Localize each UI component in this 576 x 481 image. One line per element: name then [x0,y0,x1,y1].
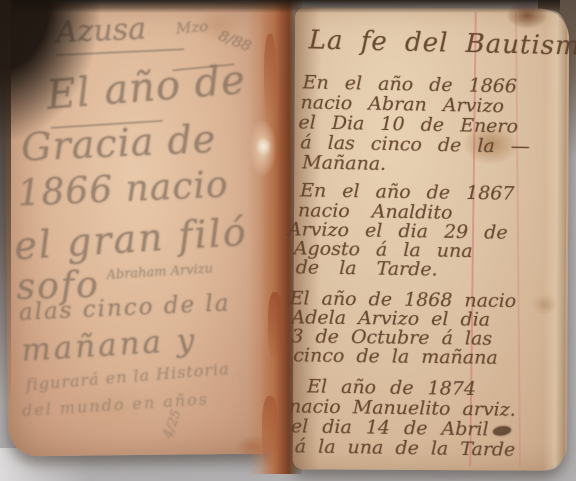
pencil-line-7: mañana y [20,322,198,369]
page-edge-stack [543,9,567,471]
worn-edge-streak [264,34,276,118]
pencil-scribble: 4/25 [161,408,185,441]
right-page: La fe del Bautismo En el año de 1866 nac… [293,7,569,470]
ink-entry4-line4: á la una de la Tarde [295,435,516,460]
ink-entry2-line5: de la Tarde. [296,256,438,280]
pencil-name-note: Abraham Arvizu [106,261,213,283]
corner-shadow [0,0,100,140]
ink-blot [492,425,511,436]
pencil-heading-note: Mzo [175,17,209,38]
pencil-line-4: el gran filó [13,210,249,269]
ink-entry3-line4: cinco de la mañana [293,344,498,368]
worn-edge-streak [262,396,278,466]
page-title: La fe del Bautismo [308,25,576,62]
stain [532,295,558,315]
scanned-notebook-photo: Azusa Mzo 8/88 El año de Gracia de 1866 … [0,0,576,481]
torn-paper-spot [256,138,271,155]
left-edge-shadow [0,0,11,430]
worn-edge-streak [268,292,282,358]
pencil-line-3: 1866 nacio [17,164,230,215]
ink-entry1-line5: Mañana. [302,151,386,175]
